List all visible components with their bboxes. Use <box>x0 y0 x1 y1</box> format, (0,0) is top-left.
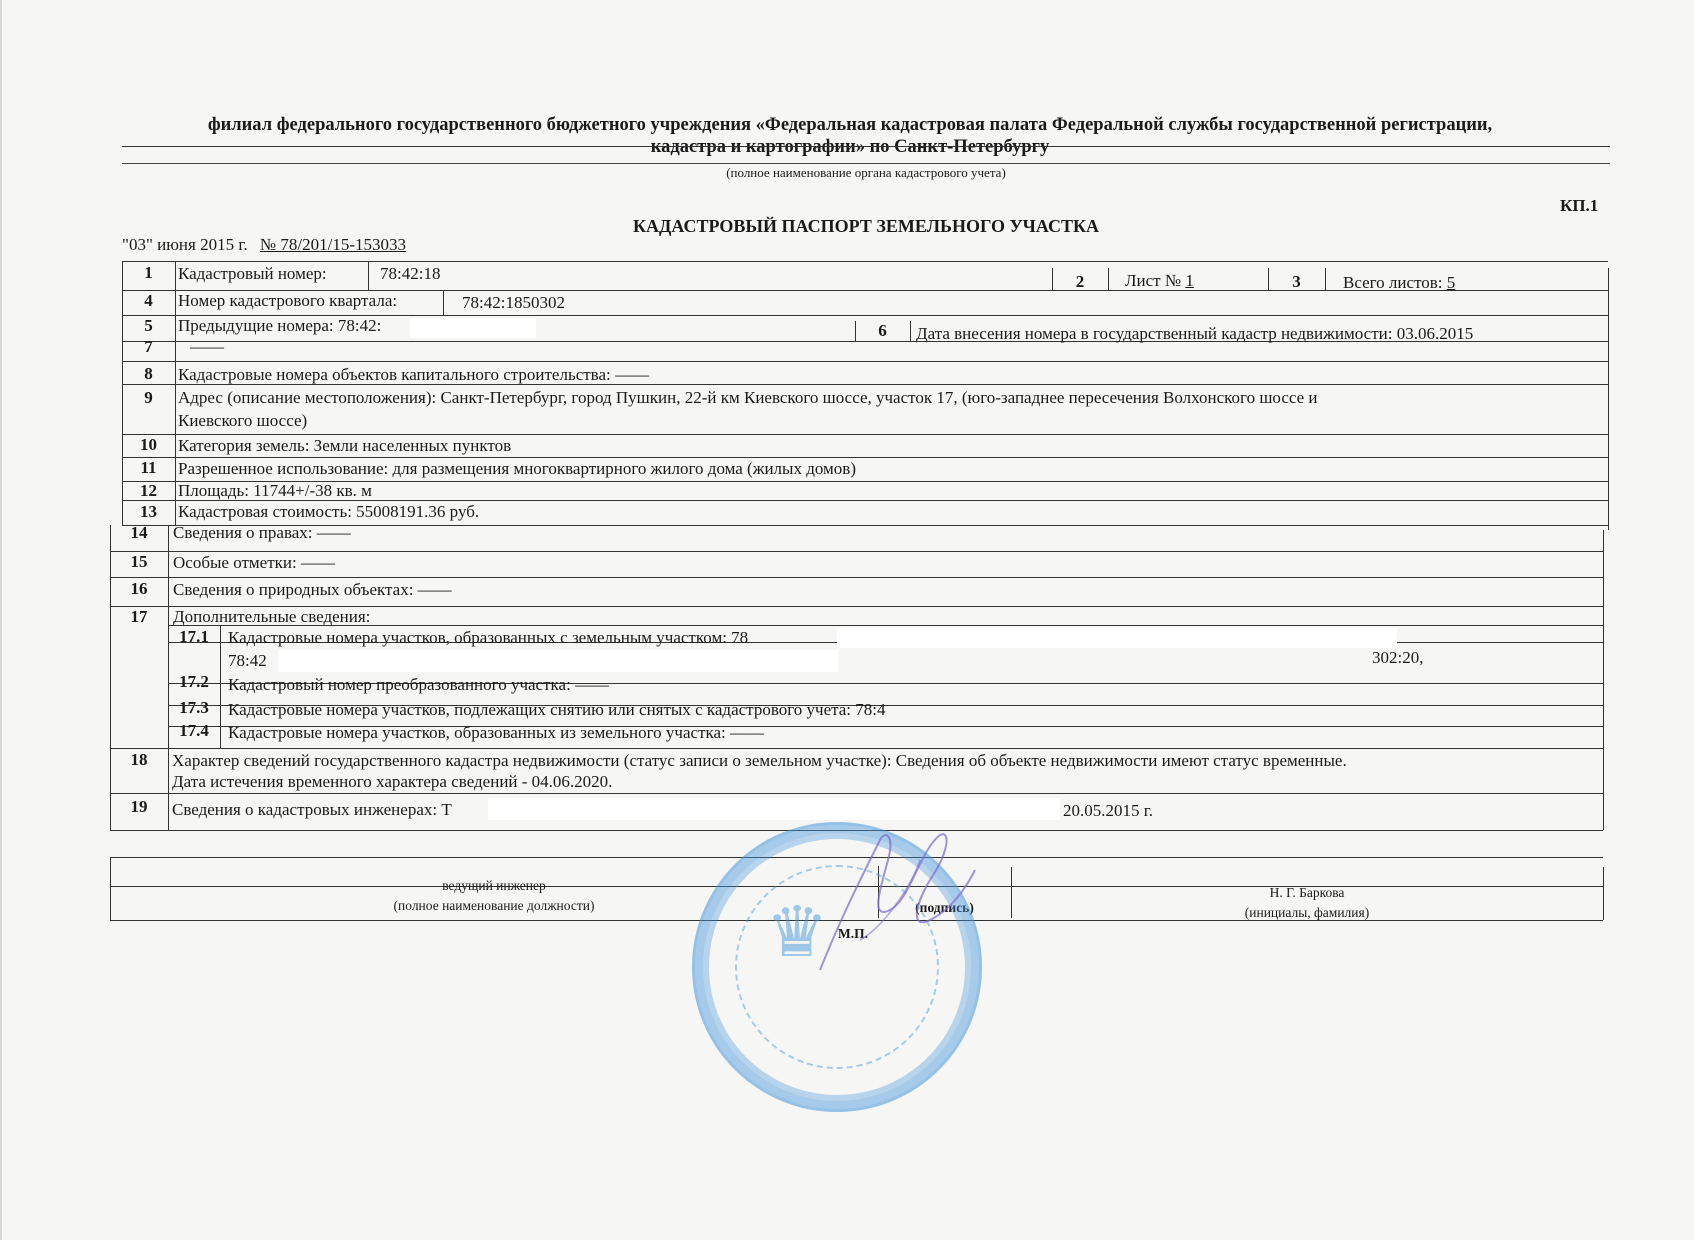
cell-divider <box>443 290 444 315</box>
row-line <box>122 500 1608 501</box>
table-border-right <box>1608 268 1609 530</box>
row-number: 19 <box>110 797 168 817</box>
land-category: Категория земель: Земли населенных пункт… <box>178 436 511 455</box>
total-sheets: Всего листов: 5 <box>1343 273 1455 292</box>
capital-construction-numbers: Кадастровые номера объектов капитального… <box>178 365 649 384</box>
row-number: 4 <box>122 291 175 311</box>
row-line <box>110 551 1603 552</box>
row-number: 16 <box>110 579 168 599</box>
cadastral-engineers: Сведения о кадастровых инженерах: Т <box>172 800 452 819</box>
form-code: КП.1 <box>1560 196 1598 216</box>
cell-divider <box>1108 268 1109 290</box>
official-name: Н. Г. Баркова <box>1011 883 1603 902</box>
row-line <box>110 577 1603 578</box>
number-column-divider <box>175 261 176 525</box>
row-number: 7 <box>122 337 175 357</box>
organization-rule-top <box>122 146 1610 147</box>
row-number: 17.2 <box>168 672 220 692</box>
redacted-area <box>837 628 1397 648</box>
cadastral-engineers-date: 20.05.2015 г. <box>1063 801 1153 820</box>
redacted-area <box>488 798 1060 820</box>
name-caption: (инициалы, фамилия) <box>1011 903 1603 922</box>
record-status-line-1: Характер сведений государственного кадас… <box>172 751 1347 770</box>
address-line-1: Адрес (описание местоположения): Санкт-П… <box>178 388 1318 407</box>
row-number: 17 <box>110 607 168 627</box>
row-number: 1 <box>122 263 175 283</box>
row-line <box>122 361 1608 362</box>
subrow-number-divider <box>220 625 221 748</box>
row-number: 17.1 <box>168 627 220 647</box>
subrow-17-1-line-1: Кадастровые номера участков, образованны… <box>228 628 748 647</box>
document-page: филиал федерального государственного бюд… <box>0 0 1694 1240</box>
address-line-2: Киевского шоссе) <box>178 411 307 430</box>
subrow-17-4: Кадастровые номера участков, образованны… <box>228 723 764 742</box>
row-number: 13 <box>122 502 175 522</box>
sheet-number-label: Лист № <box>1125 271 1181 290</box>
issue-date: "03" июня 2015 г. <box>122 235 248 254</box>
handwritten-signature-icon <box>800 820 980 990</box>
cell-divider <box>910 321 911 341</box>
row-line <box>168 625 1603 626</box>
cadastral-value: Кадастровая стоимость: 55008191.36 руб. <box>178 502 479 521</box>
cell-divider <box>368 261 369 290</box>
subrow-17-3: Кадастровые номера участков, подлежащих … <box>228 700 886 719</box>
rights-info: Сведения о правах: —— <box>173 523 351 542</box>
subrow-17-2: Кадастровый номер преобразованного участ… <box>228 675 609 694</box>
registration-date: Дата внесения номера в государственный к… <box>916 324 1473 343</box>
cadastral-quarter-label: Номер кадастрового квартала: <box>178 291 397 310</box>
redacted-area <box>410 318 536 338</box>
row-number: 6 <box>855 321 910 341</box>
cadastral-number-label: Кадастровый номер: <box>178 264 327 283</box>
document-title: КАДАСТРОВЫЙ ПАСПОРТ ЗЕМЕЛЬНОГО УЧАСТКА <box>122 216 1610 237</box>
record-status-line-2: Дата истечения временного характера свед… <box>172 772 612 791</box>
previous-numbers: Предыдущие номера: 78:42: <box>178 316 381 335</box>
row-line <box>122 261 1608 262</box>
row-number: 10 <box>122 435 175 455</box>
table-border-right-lower <box>1603 530 1604 830</box>
cadastral-number-value: 78:42:18 <box>380 264 440 283</box>
row-number: 8 <box>122 364 175 384</box>
sig-border <box>1603 867 1604 920</box>
row-7-value: —— <box>190 337 224 356</box>
natural-objects: Сведения о природных объектах: —— <box>173 580 452 599</box>
organization-line-1: филиал федерального государственного бюд… <box>120 114 1580 136</box>
row-number: 2 <box>1052 272 1108 292</box>
subrow-17-1-tail: 302:20, <box>1372 648 1423 667</box>
cell-divider <box>1325 268 1326 290</box>
organization-rule-bottom <box>122 163 1610 164</box>
row-line <box>110 793 1603 794</box>
row-number: 17.4 <box>168 721 220 741</box>
redacted-area <box>278 650 838 672</box>
row-line <box>122 384 1608 385</box>
row-number: 5 <box>122 316 175 336</box>
row-number: 15 <box>110 552 168 572</box>
special-notes: Особые отметки: —— <box>173 553 335 572</box>
additional-info-label: Дополнительные сведения: <box>173 607 370 626</box>
permitted-use: Разрешенное использование: для размещени… <box>178 459 856 478</box>
cadastral-quarter-value: 78:42:1850302 <box>462 293 565 312</box>
sheet-number-value: 1 <box>1185 271 1194 290</box>
row-number: 3 <box>1268 272 1325 292</box>
organization-name: филиал федерального государственного бюд… <box>120 114 1580 158</box>
row-number: 18 <box>110 750 168 770</box>
total-sheets-label: Всего листов: <box>1343 273 1443 292</box>
row-line <box>122 457 1608 458</box>
row-line <box>110 748 1603 749</box>
row-number: 14 <box>110 523 168 543</box>
row-number: 11 <box>122 458 175 478</box>
sheet-number: Лист № 1 <box>1125 271 1194 290</box>
row-number: 12 <box>122 481 175 501</box>
area: Площадь: 11744+/-38 кв. м <box>178 481 372 500</box>
organization-line-2: кадастра и картографии» по Санкт-Петербу… <box>120 136 1580 158</box>
subrow-17-1-line-2: 78:42 <box>228 651 267 670</box>
row-number: 9 <box>122 388 175 408</box>
row-number: 17.3 <box>168 698 220 718</box>
total-sheets-value: 5 <box>1447 273 1456 292</box>
document-number: № 78/201/15-153033 <box>260 235 406 254</box>
row-line <box>122 434 1608 435</box>
organization-caption: (полное наименование органа кадастрового… <box>122 165 1610 181</box>
issue-date-line: "03" июня 2015 г. № 78/201/15-153033 <box>122 235 406 255</box>
